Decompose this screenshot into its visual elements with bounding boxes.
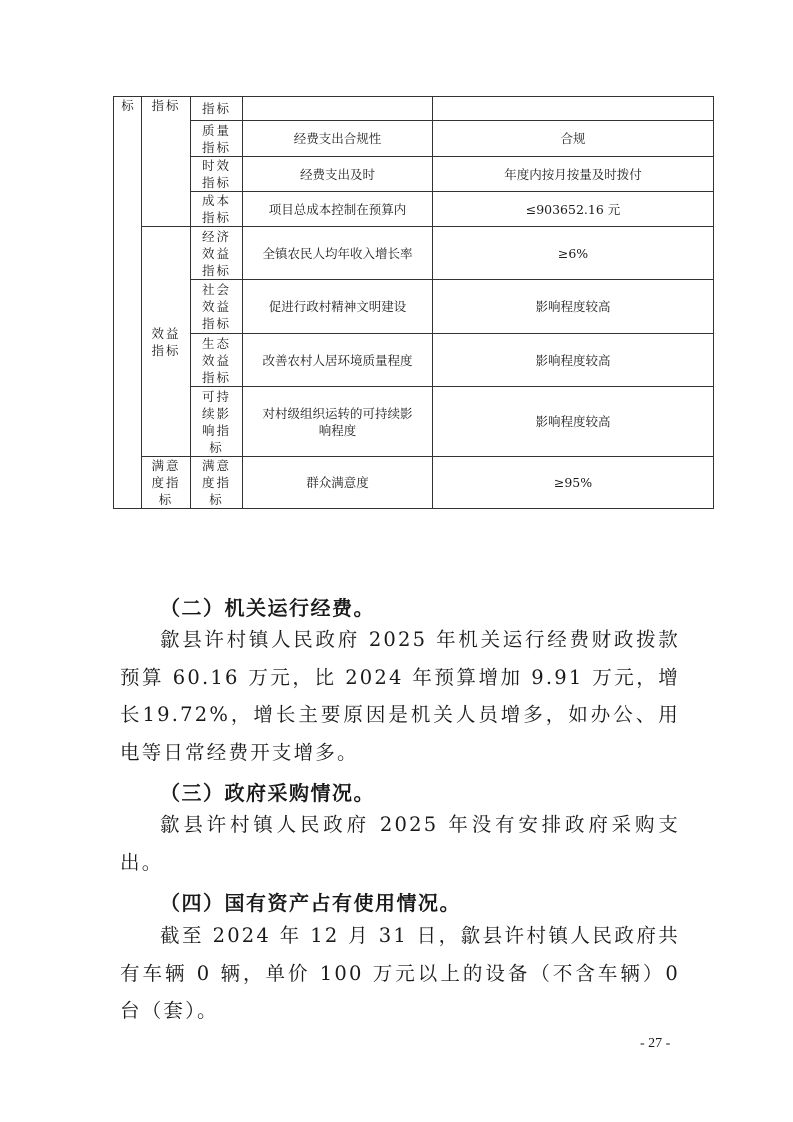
indicator-content-cell: 对村级组织运转的可持续影响程度 [243, 387, 433, 457]
indicator-value-cell: ≥6% [433, 227, 714, 280]
level3-indicator-label: 生态效益指标 [199, 335, 235, 386]
level3-indicator-label: 时效指标 [199, 157, 235, 191]
indicator-content-cell: 项目总成本控制在预算内 [243, 192, 433, 227]
level3-indicator-cell: 经济效益指标 [191, 227, 243, 280]
level3-indicator-cell: 满意度指标 [191, 457, 243, 509]
performance-indicator-table: 标 指标 指标 质量指标 经费支出合规性 合规 时效指标 经费支出及时 年度内按… [113, 96, 714, 509]
table-row: 时效指标 经费支出及时 年度内按月按量及时拨付 [114, 157, 714, 192]
level1-indicator-cell: 标 [114, 97, 142, 509]
level3-indicator-cell: 社会效益指标 [191, 280, 243, 334]
indicator-content-cell: 经费支出及时 [243, 157, 433, 192]
indicator-content-cell: 群众满意度 [243, 457, 433, 509]
table-row: 生态效益指标 改善农村人居环境质量程度 影响程度较高 [114, 334, 714, 387]
indicator-value-cell [433, 97, 714, 121]
indicator-content-cell [243, 97, 433, 121]
level3-indicator-label: 社会效益指标 [199, 281, 235, 332]
table-row: 社会效益指标 促进行政村精神文明建设 影响程度较高 [114, 280, 714, 334]
indicator-value-cell: 影响程度较高 [433, 280, 714, 334]
level2-indicator-cell: 满意度指标 [142, 457, 191, 509]
indicator-value-cell: ≤903652.16 元 [433, 192, 714, 227]
level3-indicator-label: 成本指标 [199, 192, 235, 226]
table-row: 可持续影响指标 对村级组织运转的可持续影响程度 影响程度较高 [114, 387, 714, 457]
section-heading-state-assets: （四）国有资产占有使用情况。 [160, 887, 461, 916]
indicator-content-cell: 经费支出合规性 [243, 121, 433, 157]
section-heading-procurement: （三）政府采购情况。 [160, 777, 375, 806]
indicator-content-cell: 促进行政村精神文明建设 [243, 280, 433, 334]
indicator-content-label: 对村级组织运转的可持续影响程度 [263, 405, 413, 439]
level3-indicator-cell: 指标 [191, 97, 243, 121]
table-row: 效益指标 经济效益指标 全镇农民人均年收入增长率 ≥6% [114, 227, 714, 280]
table-row: 标 指标 指标 [114, 97, 714, 121]
section-heading-operating-expenses: （二）机关运行经费。 [160, 592, 375, 621]
level2-indicator-label: 效益指标 [148, 325, 184, 359]
level3-indicator-cell: 成本指标 [191, 192, 243, 227]
section-body-operating-expenses: 歙县许村镇人民政府 2025 年机关运行经费财政拨款预算 60.16 万元，比 … [120, 621, 680, 771]
level3-indicator-cell: 生态效益指标 [191, 334, 243, 387]
table-row: 质量指标 经费支出合规性 合规 [114, 121, 714, 157]
page-number: - 27 - [640, 1036, 670, 1052]
indicator-content-cell: 改善农村人居环境质量程度 [243, 334, 433, 387]
section-body-state-assets: 截至 2024 年 12 月 31 日，歙县许村镇人民政府共有车辆 0 辆，单价… [120, 917, 680, 1030]
table-row: 满意度指标 满意度指标 群众满意度 ≥95% [114, 457, 714, 509]
level3-indicator-cell: 质量指标 [191, 121, 243, 157]
indicator-content-cell: 全镇农民人均年收入增长率 [243, 227, 433, 280]
indicator-value-cell: ≥95% [433, 457, 714, 509]
indicator-value-cell: 合规 [433, 121, 714, 157]
level3-indicator-label: 经济效益指标 [199, 228, 235, 279]
level2-indicator-label: 满意度指标 [148, 457, 184, 508]
indicator-value-cell: 影响程度较高 [433, 334, 714, 387]
level2-indicator-cell: 指标 [142, 97, 191, 227]
level3-indicator-label: 质量指标 [199, 122, 235, 156]
level3-indicator-label: 可持续影响指标 [199, 388, 235, 456]
level3-indicator-cell: 可持续影响指标 [191, 387, 243, 457]
level3-indicator-cell: 时效指标 [191, 157, 243, 192]
section-body-procurement: 歙县许村镇人民政府 2025 年没有安排政府采购支出。 [120, 806, 680, 881]
level3-indicator-label: 满意度指标 [199, 457, 235, 508]
indicator-value-cell: 影响程度较高 [433, 387, 714, 457]
indicator-value-cell: 年度内按月按量及时拨付 [433, 157, 714, 192]
table-row: 成本指标 项目总成本控制在预算内 ≤903652.16 元 [114, 192, 714, 227]
level2-indicator-cell: 效益指标 [142, 227, 191, 457]
